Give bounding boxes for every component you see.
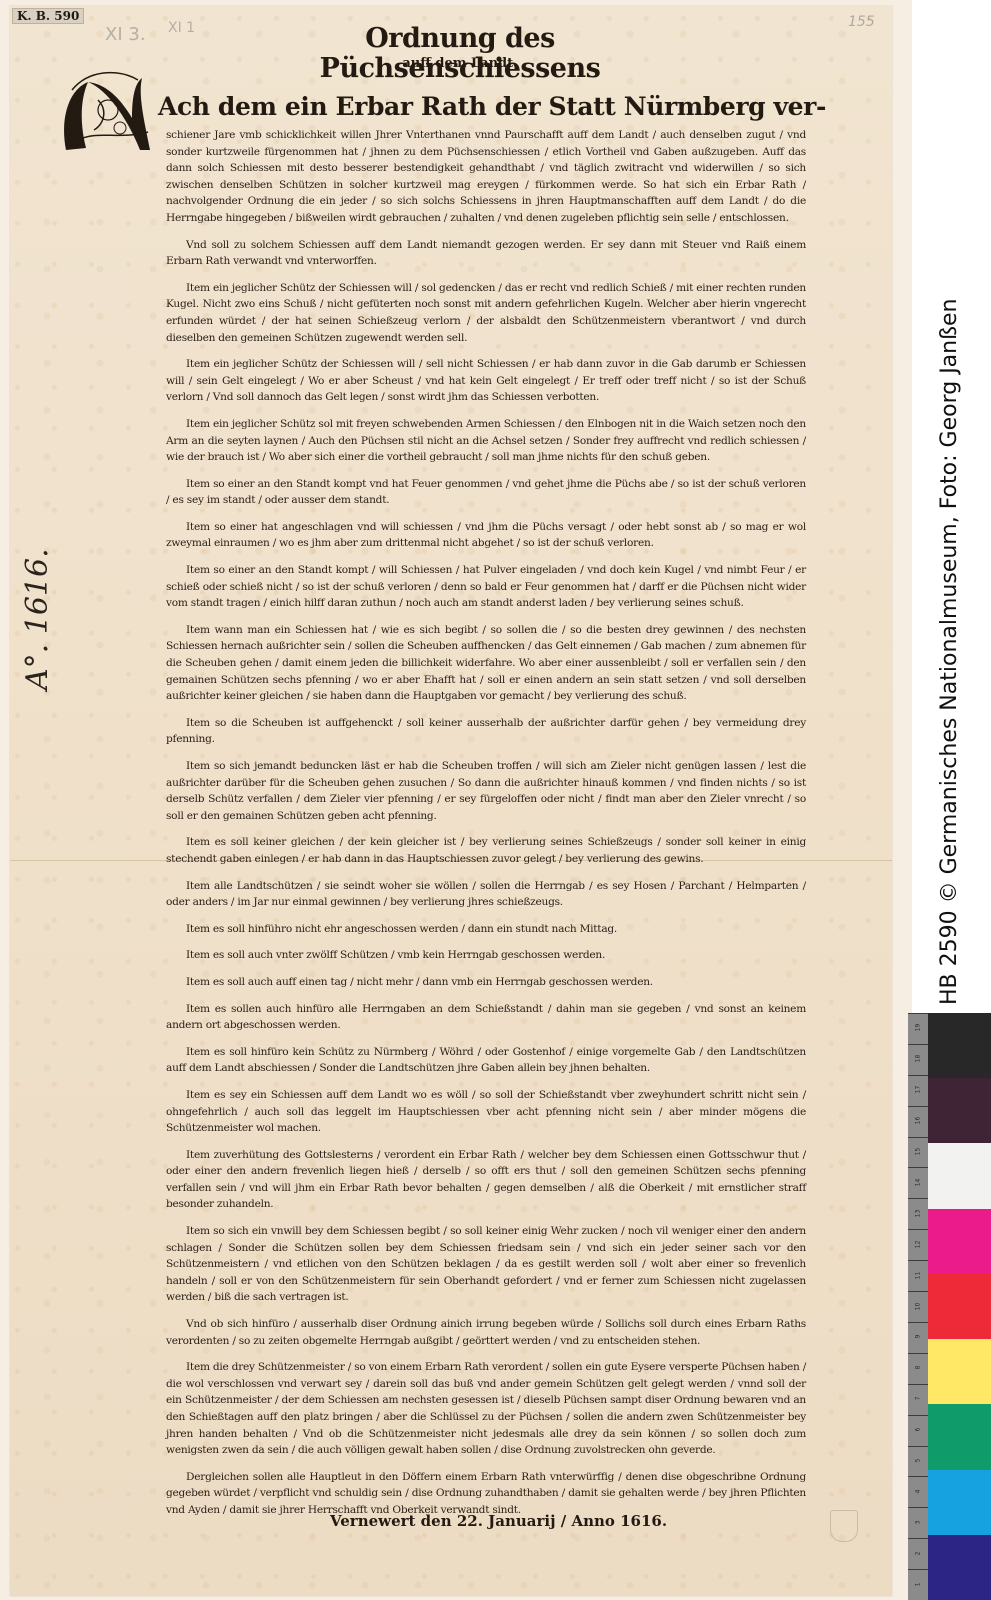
scale-label: 15 [915,1144,922,1160]
paragraph: Item es soll auch auff einen tag / nicht… [166,974,806,991]
scale-label: 8 [915,1360,922,1376]
scale-label: 1 [915,1576,922,1592]
scale-label: 19 [915,1020,922,1036]
handwritten-margin-note: A°. 1616. [20,548,55,690]
scale-label: 12 [915,1236,922,1252]
scale-label: 11 [915,1267,922,1283]
scale-label: 9 [915,1329,922,1345]
pencil-mark: XI 1 [168,20,195,36]
photo-credit: HB 2590 © Germanisches Nationalmuseum, F… [937,299,963,1005]
scale-label: 16 [915,1113,922,1129]
scale-tick [908,1044,928,1045]
scale-tick [908,1476,928,1477]
color-swatch [928,1339,991,1404]
scale-label: 7 [915,1391,922,1407]
scale-tick [908,1446,928,1447]
color-chart-scale: 12345678910111213141516171819 [908,1013,928,1600]
document-title: Ordnung des Püchsenschiessens [240,24,680,84]
scale-tick [908,1353,928,1354]
scale-tick [908,1507,928,1508]
scale-tick [908,1075,928,1076]
paragraph: Item ein jeglicher Schütz der Schiessen … [166,356,806,406]
museum-stamp-icon [830,1510,858,1542]
scale-tick [908,1415,928,1416]
paragraph: Item so sich ein vnwill bey dem Schiesse… [166,1223,806,1306]
paragraph: Item es soll auch vnter zwölff Schützen … [166,947,806,964]
paragraph: Item die drey Schützenmeister / so von e… [166,1359,806,1459]
scale-tick [908,1229,928,1230]
color-swatch [928,1078,991,1143]
paragraph: Item es soll hinführo nicht ehr angescho… [166,921,806,938]
scale-tick [908,1322,928,1323]
scale-tick [908,1384,928,1385]
pencil-mark: XI 3. [105,24,146,45]
paragraph: Item es soll hinfüro kein Schütz zu Nürm… [166,1044,806,1077]
color-swatch [928,1013,991,1078]
scale-tick [908,1291,928,1292]
scale-label: 14 [915,1174,922,1190]
scale-tick [908,1106,928,1107]
scale-label: 4 [915,1483,922,1499]
paragraph: Vnd soll zu solchem Schiessen auff dem L… [166,237,806,270]
scale-label: 10 [915,1298,922,1314]
scale-tick [908,1198,928,1199]
scale-label: 13 [915,1205,922,1221]
pencil-page-number: 155 [848,14,875,30]
scale-tick [908,1013,928,1014]
scale-tick [908,1569,928,1570]
scale-label: 3 [915,1514,922,1530]
document-subtitle: auff dem Landt. [240,56,680,71]
paragraph: Item so einer an den Standt kompt vnd ha… [166,476,806,509]
scale-label: 18 [915,1051,922,1067]
paragraph: Item so sich jemandt beduncken läst er h… [166,758,806,824]
color-swatch [928,1274,991,1339]
scale-label: 2 [915,1545,922,1561]
scale-tick [908,1167,928,1168]
shelf-mark-label: K. B. 590 [12,8,84,24]
paragraph: Item wann man ein Schiessen hat / wie es… [166,622,806,705]
decorated-initial-icon [58,70,162,160]
paragraph: Item so einer hat angeschlagen vnd will … [166,519,806,552]
paragraph: Vnd ob sich hinfüro / ausserhalb diser O… [166,1316,806,1349]
color-swatch [928,1404,991,1469]
color-swatch [928,1535,991,1600]
scale-label: 17 [915,1082,922,1098]
scale-label: 6 [915,1422,922,1438]
color-swatch [928,1143,991,1208]
paragraph: Item so die Scheuben ist auffgehenckt / … [166,715,806,748]
paragraph: Item ein jeglicher Schütz sol mit freyen… [166,416,806,466]
color-swatch [928,1209,991,1274]
color-swatch [928,1470,991,1535]
paragraph: Item es sey ein Schiessen auff dem Landt… [166,1087,806,1137]
scale-tick [908,1137,928,1138]
lead-line: Ach dem ein Erbar Rath der Statt Nürmber… [158,92,826,121]
scale-tick [908,1538,928,1539]
renewal-date: Vernewert den 22. Januarij / Anno 1616. [330,1512,667,1530]
paragraph: Item alle Landtschützen / sie seindt woh… [166,878,806,911]
paragraph-preamble: schiener Jare vmb schicklichkeit willen … [166,127,806,227]
paragraph: Item ein jeglicher Schütz der Schiessen … [166,280,806,346]
ordinance-body: schiener Jare vmb schicklichkeit willen … [166,127,806,1529]
scale-label: 5 [915,1452,922,1468]
paragraph: Item zuverhütung des Gottslesterns / ver… [166,1147,806,1213]
scale-tick [908,1260,928,1261]
paragraph: Item es sollen auch hinfüro alle Herrnga… [166,1001,806,1034]
paragraph: Item es soll keiner gleichen / der kein … [166,834,806,867]
paragraph: Item so einer an den Standt kompt / will… [166,562,806,612]
